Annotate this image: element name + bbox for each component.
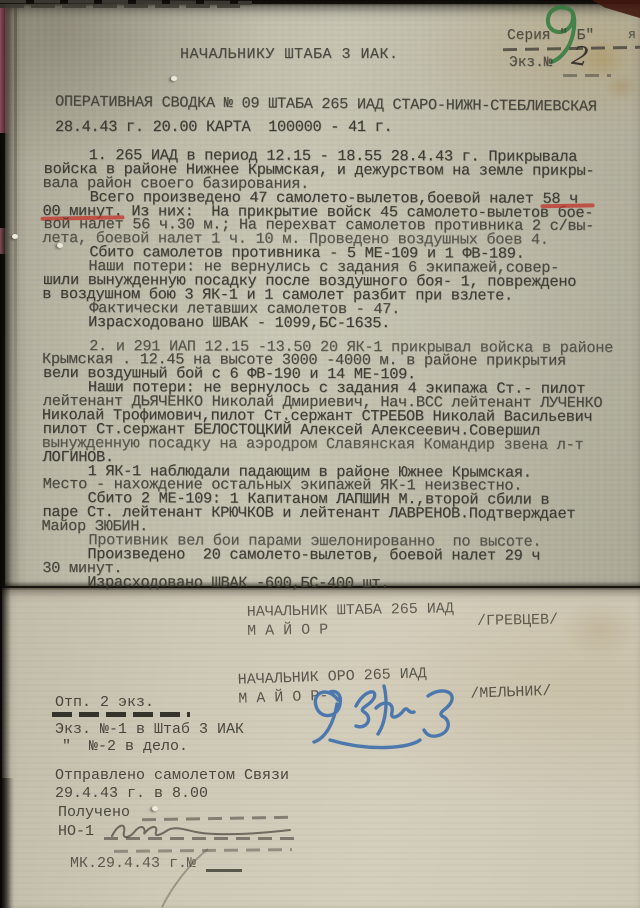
photo-left-edge: [0, 0, 11, 908]
copies-note: Отп. 2 экз.: [55, 694, 154, 711]
ekz-underline: [563, 74, 611, 77]
typed-line: Противник вел бои парами эшелонированно …: [42, 534, 638, 550]
typed-line: Всего произведено 47 самолето-вылетов,бо…: [44, 191, 640, 207]
typed-line: Израсходовано ШВАК - 1099,БС-1635.: [42, 316, 638, 332]
paper-hole: [152, 806, 158, 811]
chief-of-staff-signature-block: НАЧАЛЬНИК ШТАБА 265 ИАД М А Й О Р /ГРЕВЦ…: [247, 598, 578, 640]
paper-hole: [12, 234, 18, 239]
distribution-divider: [0, 4, 240, 8]
sent-datetime: 29.4.43 г. в 8.00: [55, 785, 208, 802]
ekz-label: Экз.№: [509, 55, 553, 71]
paper-fold-line: [14, 4, 17, 584]
copy-2-distribution: " №-2 в дело.: [62, 738, 188, 755]
document-photo: Серия " Б" Экз.№ 2 я НАЧАЛЬНИКУ ШТАБА 3 …: [0, 0, 640, 908]
no1-label: НО-1: [58, 823, 94, 840]
typed-body-lines: 1. 265 ИАД в период 12.15 - 18.55 28.4.4…: [41, 149, 639, 592]
pencil-scratch-mark: [150, 845, 220, 908]
typed-line: Израсходовано ШВАК -600,БС-400 шт.: [41, 576, 637, 592]
paper-hole: [171, 76, 177, 81]
chief-of-staff-name: /ГРЕВЦЕВ/: [477, 611, 558, 629]
left-edge-pink-mark: [0, 228, 7, 254]
copy-1-distribution: Экз. №-1 в Штаб 3 ИАК: [55, 721, 244, 738]
typed-line: 30 минут.: [42, 562, 638, 578]
title-line-2: 28.4.43 г. 20.00 КАРТА 100000 - 41 г.: [55, 118, 392, 136]
dark-corner-bottom-left: [0, 778, 14, 908]
red-underlined-text: 58: [542, 189, 560, 207]
typed-line: Место - нахождение остальных экипажей ЯК…: [43, 478, 639, 494]
sent-via-line: Отправлено самолетом Связи: [55, 767, 289, 784]
torn-corner-pink: [0, 8, 10, 133]
handwritten-pencil-signature: [106, 816, 296, 846]
typed-line: вели воздушный бой с 6 ФВ-190 и 14 МЕ-10…: [43, 367, 639, 383]
addressee-line: НАЧАЛЬНИКУ ШТАБА 3 ИАК.: [180, 46, 399, 63]
handwritten-ink-signature: [300, 676, 490, 761]
typed-line: Фактически летавших самолетов - 47.: [43, 302, 639, 318]
edge-stray-char: я: [628, 27, 636, 42]
copies-note-underline: [52, 712, 190, 717]
typed-line: ЛОГИНОВ.: [43, 451, 639, 467]
typed-line: лейтенант ДЬЯЧЕНКО Николай Дмириевич, На…: [43, 395, 639, 411]
typed-line: шили вынужденную посадку после воздушног…: [43, 274, 639, 290]
